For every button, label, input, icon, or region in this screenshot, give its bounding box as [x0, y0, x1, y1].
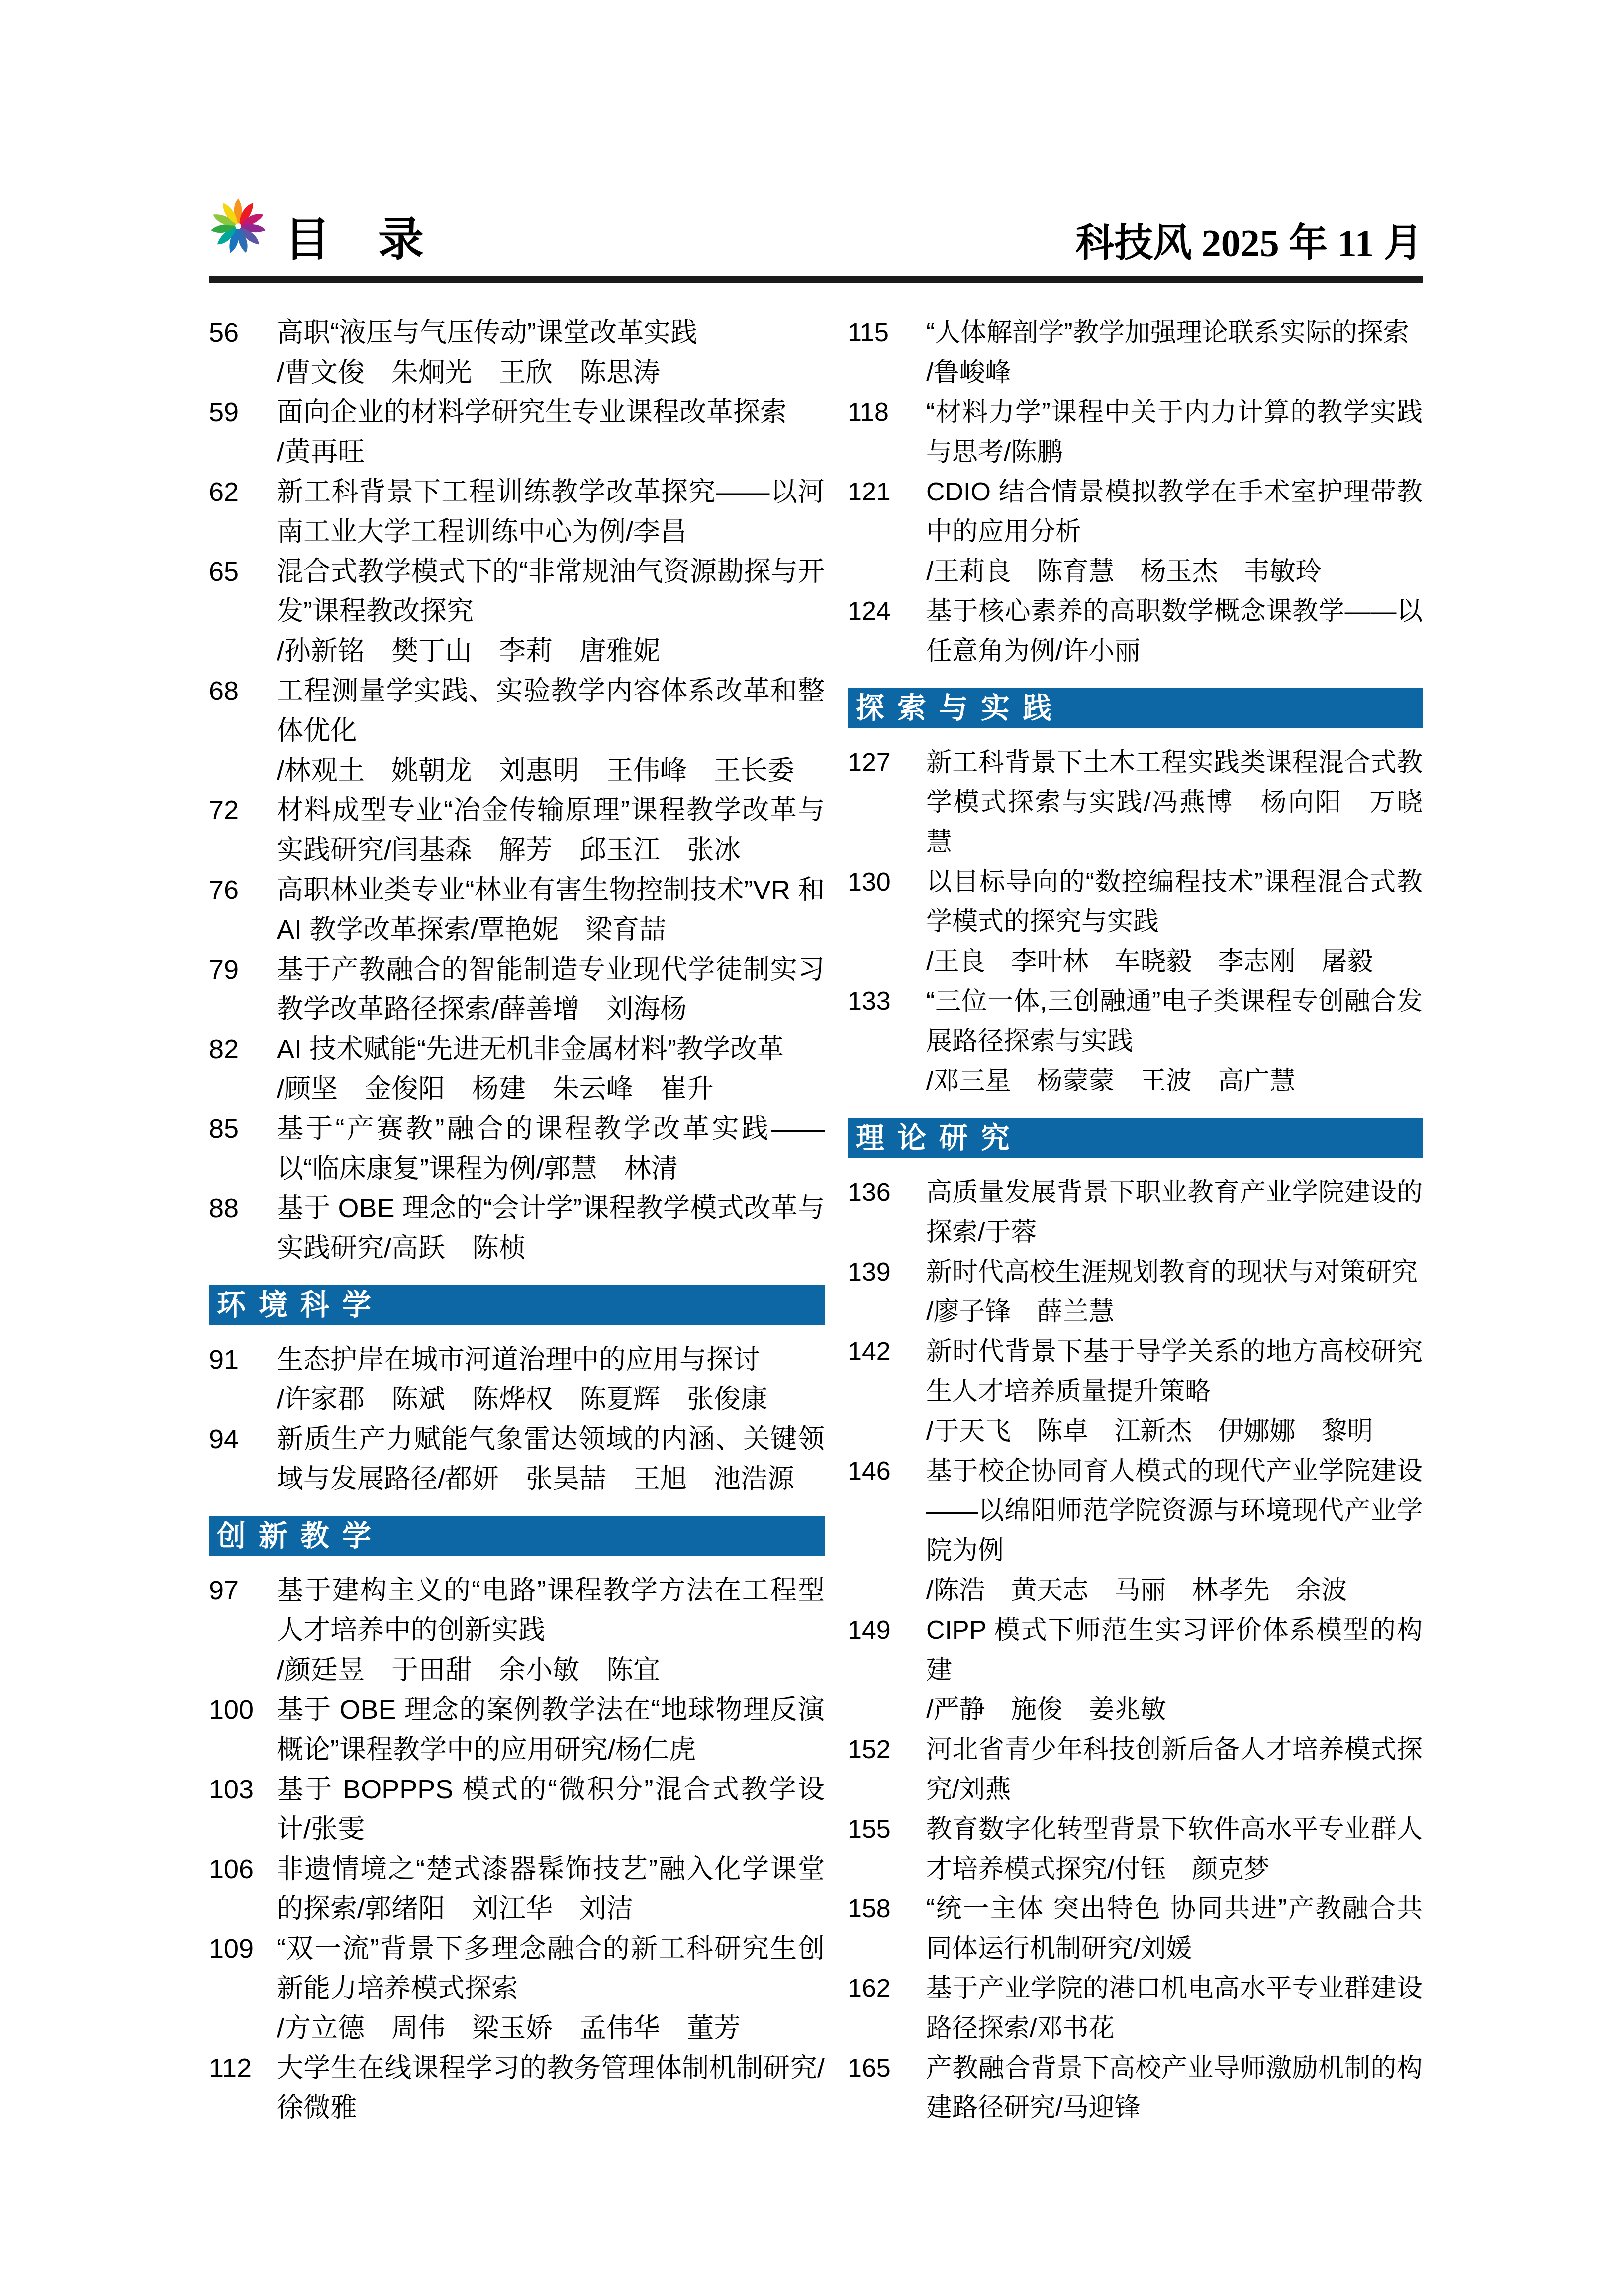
- toc-entry: 106非遗情境之“楚式漆器髹饰技艺”融入化学课堂的探索/郭绪阳 刘江华 刘洁: [209, 1849, 825, 1929]
- section-header: 创新教学: [209, 1516, 825, 1556]
- section-header-label: 理论研究: [856, 1122, 1023, 1154]
- toc-entry: 62新工科背景下工程训练教学改革探究——以河南工业大学工程训练中心为例/李昌: [209, 472, 825, 552]
- entry-page-number: 85: [209, 1109, 239, 1149]
- toc-entry: 139新时代高校生涯规划教育的现状与对策研究/廖子锋 薛兰慧: [848, 1252, 1423, 1332]
- entry-page-number: 146: [848, 1451, 891, 1491]
- entry-title: 工程测量学实践、实验教学内容体系改革和整体优化: [277, 676, 825, 746]
- toc-entry: 165产教融合背景下高校产业导师激励机制的构建路径研究/马迎锋: [848, 2048, 1423, 2128]
- toc-entry: 121CDIO 结合情景模拟教学在手术室护理带教中的应用分析/王莉良 陈育慧 杨…: [848, 472, 1423, 592]
- entry-page-number: 133: [848, 982, 891, 1021]
- entry-page-number: 109: [209, 1929, 254, 1969]
- entry-page-number: 158: [848, 1889, 891, 1929]
- toc-entry: 149CIPP 模式下师范生实习评价体系模型的构建/严静 施俊 姜兆敏: [848, 1610, 1423, 1730]
- entry-title: 高职林业类专业“林业有害生物控制技术”VR 和 AI 教学改革探索/覃艳妮 梁育…: [277, 875, 825, 945]
- entry-page-number: 115: [848, 313, 889, 353]
- entry-title: 基于校企协同育人模式的现代产业学院建设——以绵阳师范学院资源与环境现代产业学院为…: [926, 1457, 1423, 1565]
- toc-entry: 112大学生在线课程学习的教务管理体制机制研究/徐微雅: [209, 2048, 825, 2128]
- entry-title: “双一流”背景下多理念融合的新工科研究生创新能力培养模式探索: [277, 1934, 825, 2003]
- entry-title: 基于“产赛教”融合的课程教学改革实践——以“临床康复”课程为例/郭慧 林清: [277, 1114, 825, 1184]
- entry-page-number: 72: [209, 791, 239, 830]
- entry-page-number: 88: [209, 1189, 239, 1228]
- toc-entry: 94新质生产力赋能气象雷达领域的内涵、关键领域与发展路径/都妍 张昊喆 王旭 池…: [209, 1419, 825, 1499]
- entry-page-number: 152: [848, 1730, 891, 1770]
- toc-entry: 136高质量发展背景下职业教育产业学院建设的探索/于蓉: [848, 1173, 1423, 1252]
- entry-authors: /王良 李叶林 车晓毅 李志刚 屠毅: [926, 942, 1423, 982]
- entry-title: 高质量发展背景下职业教育产业学院建设的探索/于蓉: [926, 1178, 1423, 1247]
- entry-page-number: 56: [209, 313, 239, 353]
- entry-title: CIPP 模式下师范生实习评价体系模型的构建: [926, 1616, 1423, 1684]
- entry-authors: /廖子锋 薛兰慧: [926, 1292, 1423, 1332]
- toc-page: 目 录 科技风 2025 年 11 月 56高职“液压与气压传动”课堂改革实践/…: [0, 0, 1624, 2128]
- entry-title: 以目标导向的“数控编程技术”课程混合式教学模式的探究与实践: [926, 868, 1423, 936]
- toc-column-right: 115“人体解剖学”教学加强理论联系实际的探索/鲁峻峰118“材料力学”课程中关…: [848, 313, 1423, 2128]
- entry-title: 基于 BOPPPS 模式的“微积分”混合式教学设计/张雯: [277, 1775, 825, 1844]
- toc-entry: 65混合式教学模式下的“非常规油气资源勘探与开发”课程教改探究/孙新铭 樊丁山 …: [209, 552, 825, 671]
- entry-title: 新工科背景下工程训练教学改革探究——以河南工业大学工程训练中心为例/李昌: [277, 477, 825, 547]
- page-title: 目 录: [285, 217, 425, 263]
- entry-page-number: 97: [209, 1571, 239, 1610]
- entry-title: 新工科背景下土木工程实践类课程混合式教学模式探索与实践/冯燕博 杨向阳 万晓慧: [926, 748, 1423, 857]
- toc-entry: 85基于“产赛教”融合的课程教学改革实践——以“临床康复”课程为例/郭慧 林清: [209, 1109, 825, 1189]
- entry-title: 新时代高校生涯规划教育的现状与对策研究: [926, 1258, 1418, 1287]
- toc-entry: 109“双一流”背景下多理念融合的新工科研究生创新能力培养模式探索/方立德 周伟…: [209, 1929, 825, 2048]
- header-rule: [209, 276, 1423, 283]
- section-header-label: 探索与实践: [856, 692, 1064, 724]
- entry-authors: /陈浩 黄天志 马丽 林孝先 余波: [926, 1571, 1423, 1610]
- entry-title: 基于核心素养的高职数学概念课教学——以任意角为例/许小丽: [926, 597, 1423, 666]
- entry-authors: /王莉良 陈育慧 杨玉杰 韦敏玲: [926, 552, 1423, 592]
- entry-page-number: 118: [848, 393, 889, 432]
- entry-page-number: 165: [848, 2048, 891, 2088]
- toc-entry: 91生态护岸在城市河道治理中的应用与探讨/许家郡 陈斌 陈烨权 陈夏辉 张俊康: [209, 1340, 825, 1419]
- entry-title: 基于 OBE 理念的“会计学”课程教学模式改革与实践研究/高跃 陈桢: [277, 1193, 825, 1263]
- entry-authors: /曹文俊 朱炯光 王欣 陈思涛: [277, 353, 825, 393]
- entry-page-number: 155: [848, 1809, 891, 1849]
- toc-columns: 56高职“液压与气压传动”课堂改革实践/曹文俊 朱炯光 王欣 陈思涛59面向企业…: [209, 313, 1423, 2128]
- entry-title: AI 技术赋能“先进无机非金属材料”教学改革: [277, 1034, 784, 1064]
- toc-entry: 59面向企业的材料学研究生专业课程改革探索/黄再旺: [209, 393, 825, 472]
- entry-title: 非遗情境之“楚式漆器髹饰技艺”融入化学课堂的探索/郭绪阳 刘江华 刘洁: [277, 1854, 825, 1924]
- toc-entry: 146基于校企协同育人模式的现代产业学院建设——以绵阳师范学院资源与环境现代产业…: [848, 1451, 1423, 1610]
- entry-page-number: 124: [848, 592, 891, 631]
- toc-entry: 155教育数字化转型背景下软件高水平专业群人才培养模式探究/付钰 颜克梦: [848, 1809, 1423, 1889]
- entry-authors: /黄再旺: [277, 432, 825, 472]
- toc-entry: 88基于 OBE 理念的“会计学”课程教学模式改革与实践研究/高跃 陈桢: [209, 1189, 825, 1268]
- issue-label: 科技风 2025 年 11 月: [1075, 224, 1423, 263]
- entry-page-number: 62: [209, 472, 239, 512]
- entry-title: 面向企业的材料学研究生专业课程改革探索: [277, 397, 787, 427]
- entry-page-number: 76: [209, 870, 239, 910]
- entry-page-number: 149: [848, 1610, 891, 1650]
- entry-page-number: 82: [209, 1029, 239, 1069]
- toc-entry: 115“人体解剖学”教学加强理论联系实际的探索/鲁峻峰: [848, 313, 1423, 393]
- entry-page-number: 100: [209, 1690, 254, 1730]
- entry-title: 产教融合背景下高校产业导师激励机制的构建路径研究/马迎锋: [926, 2054, 1423, 2122]
- toc-entry: 152河北省青少年科技创新后备人才培养模式探究/刘燕: [848, 1730, 1423, 1809]
- toc-entry: 79基于产教融合的智能制造专业现代学徒制实习教学改革路径探索/薛善增 刘海杨: [209, 950, 825, 1029]
- entry-title: 材料成型专业“冶金传输原理”课程教学改革与实践研究/闫基森 解芳 邱玉江 张冰: [277, 795, 825, 865]
- section-header: 理论研究: [848, 1118, 1423, 1158]
- entry-title: 基于建构主义的“电路”课程教学方法在工程型人才培养中的创新实践: [277, 1576, 825, 1645]
- toc-entry: 118“材料力学”课程中关于内力计算的教学实践与思考/陈鹏: [848, 393, 1423, 472]
- entry-title: 教育数字化转型背景下软件高水平专业群人才培养模式探究/付钰 颜克梦: [926, 1815, 1423, 1883]
- entry-title: 基于产业学院的港口机电高水平专业群建设路径探索/邓书花: [926, 1974, 1423, 2043]
- entry-page-number: 91: [209, 1340, 239, 1380]
- entry-page-number: 142: [848, 1332, 891, 1372]
- entry-authors: /方立德 周伟 梁玉娇 孟伟华 董芳: [277, 2008, 825, 2048]
- entry-page-number: 103: [209, 1770, 254, 1809]
- toc-entry: 124基于核心素养的高职数学概念课教学——以任意角为例/许小丽: [848, 592, 1423, 671]
- entry-authors: /邓三星 杨蒙蒙 王波 高广慧: [926, 1061, 1423, 1101]
- entry-page-number: 65: [209, 552, 239, 592]
- toc-entry: 97基于建构主义的“电路”课程教学方法在工程型人才培养中的创新实践/颜廷昱 于田…: [209, 1571, 825, 1690]
- entry-title: 新质生产力赋能气象雷达领域的内涵、关键领域与发展路径/都妍 张昊喆 王旭 池浩源: [277, 1424, 825, 1494]
- toc-entry: 162基于产业学院的港口机电高水平专业群建设路径探索/邓书花: [848, 1969, 1423, 2048]
- section-header: 探索与实践: [848, 688, 1423, 728]
- toc-column-left: 56高职“液压与气压传动”课堂改革实践/曹文俊 朱炯光 王欣 陈思涛59面向企业…: [209, 313, 825, 2128]
- entry-title: 河北省青少年科技创新后备人才培养模式探究/刘燕: [926, 1735, 1423, 1804]
- entry-authors: /许家郡 陈斌 陈烨权 陈夏辉 张俊康: [277, 1380, 825, 1419]
- entry-page-number: 68: [209, 671, 239, 711]
- section-header-label: 创新教学: [217, 1520, 384, 1552]
- entry-title: CDIO 结合情景模拟教学在手术室护理带教中的应用分析: [926, 478, 1423, 546]
- entry-authors: /林观土 姚朝龙 刘惠明 王伟峰 王长委: [277, 751, 825, 791]
- entry-title: 新时代背景下基于导学关系的地方高校研究生人才培养质量提升策略: [926, 1337, 1423, 1406]
- toc-entry: 76高职林业类专业“林业有害生物控制技术”VR 和 AI 教学改革探索/覃艳妮 …: [209, 870, 825, 950]
- entry-title: 高职“液压与气压传动”课堂改革实践: [277, 318, 697, 348]
- entry-page-number: 130: [848, 862, 891, 902]
- entry-title: “三位一体,三创融通”电子类课程专创融合发展路径探索与实践: [926, 987, 1423, 1056]
- entry-page-number: 112: [209, 2048, 252, 2088]
- entry-page-number: 121: [848, 472, 891, 512]
- entry-title: 生态护岸在城市河道治理中的应用与探讨: [277, 1345, 760, 1375]
- toc-entry: 130以目标导向的“数控编程技术”课程混合式教学模式的探究与实践/王良 李叶林 …: [848, 862, 1423, 982]
- section-header: 环境科学: [209, 1285, 825, 1325]
- entry-title: 混合式教学模式下的“非常规油气资源勘探与开发”课程教改探究: [277, 557, 825, 626]
- entry-title: 大学生在线课程学习的教务管理体制机制研究/徐微雅: [277, 2053, 825, 2123]
- entry-page-number: 139: [848, 1252, 891, 1292]
- entry-authors: /于天飞 陈卓 江新杰 伊娜娜 黎明: [926, 1411, 1423, 1451]
- entry-page-number: 127: [848, 743, 891, 783]
- toc-entry: 56高职“液压与气压传动”课堂改革实践/曹文俊 朱炯光 王欣 陈思涛: [209, 313, 825, 393]
- toc-entry: 127新工科背景下土木工程实践类课程混合式教学模式探索与实践/冯燕博 杨向阳 万…: [848, 743, 1423, 862]
- entry-page-number: 79: [209, 950, 239, 990]
- entry-page-number: 162: [848, 1969, 891, 2008]
- entry-authors: /严静 施俊 姜兆敏: [926, 1690, 1423, 1730]
- entry-authors: /鲁峻峰: [926, 353, 1423, 393]
- toc-entry: 142新时代背景下基于导学关系的地方高校研究生人才培养质量提升策略/于天飞 陈卓…: [848, 1332, 1423, 1451]
- toc-entry: 72材料成型专业“冶金传输原理”课程教学改革与实践研究/闫基森 解芳 邱玉江 张…: [209, 791, 825, 870]
- toc-entry: 133“三位一体,三创融通”电子类课程专创融合发展路径探索与实践/邓三星 杨蒙蒙…: [848, 982, 1423, 1101]
- entry-authors: /颜廷昱 于田甜 余小敏 陈宜: [277, 1650, 825, 1690]
- entry-page-number: 94: [209, 1419, 239, 1459]
- entry-title: “人体解剖学”教学加强理论联系实际的探索: [926, 318, 1409, 347]
- toc-entry: 158“统一主体 突出特色 协同共进”产教融合共同体运行机制研究/刘媛: [848, 1889, 1423, 1969]
- toc-entry: 82AI 技术赋能“先进无机非金属材料”教学改革/顾坚 金俊阳 杨建 朱云峰 崔…: [209, 1029, 825, 1109]
- section-header-label: 环境科学: [217, 1289, 384, 1321]
- journal-logo-icon: [208, 193, 269, 260]
- entry-page-number: 59: [209, 393, 239, 432]
- toc-entry: 103基于 BOPPPS 模式的“微积分”混合式教学设计/张雯: [209, 1770, 825, 1849]
- entry-title: 基于产教融合的智能制造专业现代学徒制实习教学改革路径探索/薛善增 刘海杨: [277, 955, 825, 1024]
- entry-title: “统一主体 突出特色 协同共进”产教融合共同体运行机制研究/刘媛: [926, 1894, 1423, 1963]
- entry-page-number: 136: [848, 1173, 891, 1212]
- entry-authors: /顾坚 金俊阳 杨建 朱云峰 崔升: [277, 1069, 825, 1109]
- entry-title: “材料力学”课程中关于内力计算的教学实践与思考/陈鹏: [926, 398, 1423, 467]
- entry-authors: /孙新铭 樊丁山 李莉 唐雅妮: [277, 631, 825, 671]
- entry-page-number: 106: [209, 1849, 254, 1889]
- page-header: 目 录 科技风 2025 年 11 月: [209, 198, 1423, 264]
- entry-title: 基于 OBE 理念的案例教学法在“地球物理反演概论”课程教学中的应用研究/杨仁虎: [277, 1695, 825, 1765]
- toc-entry: 100基于 OBE 理念的案例教学法在“地球物理反演概论”课程教学中的应用研究/…: [209, 1690, 825, 1770]
- toc-entry: 68工程测量学实践、实验教学内容体系改革和整体优化/林观土 姚朝龙 刘惠明 王伟…: [209, 671, 825, 791]
